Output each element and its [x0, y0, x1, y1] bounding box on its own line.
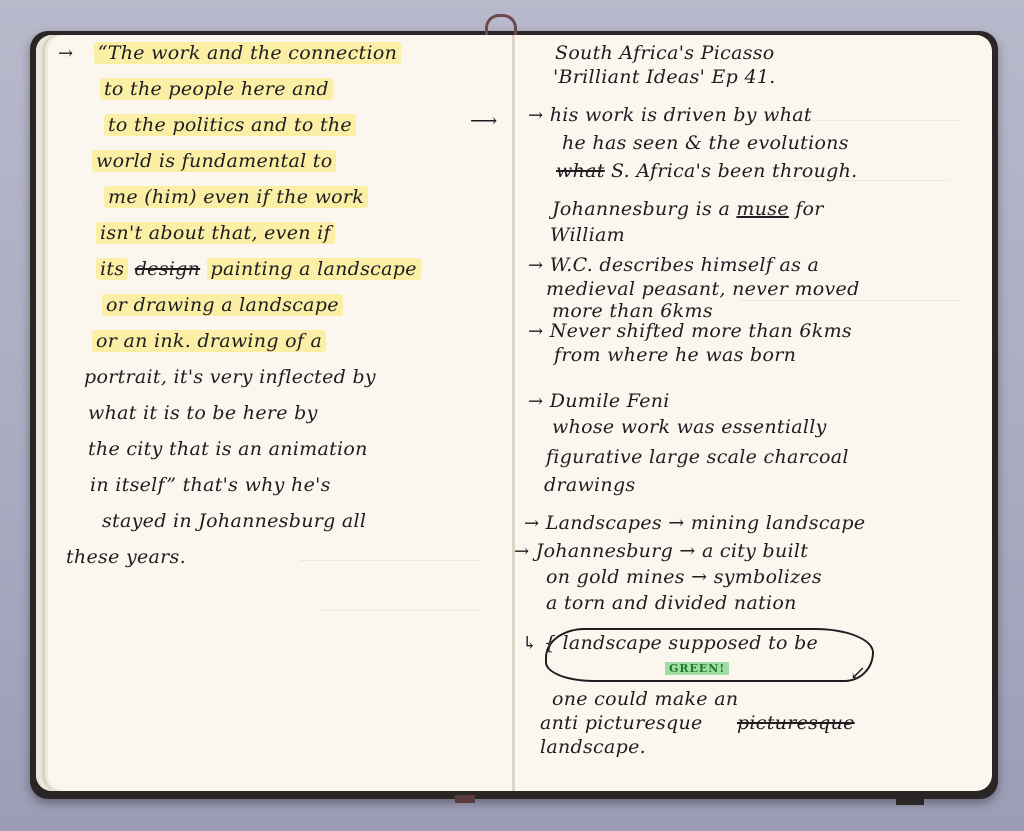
episode-subtitle: 'Brilliant Ideas' Ep 41. — [553, 66, 776, 88]
underlined-word: muse — [736, 198, 788, 220]
arrow-right-icon: → — [514, 541, 529, 562]
arrow-right-icon: → — [528, 391, 543, 412]
arrow-right-icon: → — [528, 321, 543, 342]
quote-line-10: portrait, it's very inflected by — [84, 366, 376, 388]
note-9-line-3: landscape. — [540, 736, 646, 758]
quote-line-4: world is fundamental to — [92, 150, 336, 172]
arrow-right-icon: → — [528, 255, 543, 276]
struck-word: what — [556, 160, 605, 182]
quote-line-8: or drawing a landscape — [102, 294, 343, 316]
elastic-band-end — [896, 796, 924, 805]
note-5-line-1: → Dumile Feni — [528, 390, 670, 412]
note-6-line-1: → Landscapes → mining landscape — [524, 512, 865, 534]
quote-line-12: the city that is an animation — [88, 438, 368, 460]
quote-line-5: me (him) even if the work — [104, 186, 368, 208]
note-3-line-1: → W.C. describes himself as a — [528, 254, 819, 276]
note-4-line-2: from where he was born — [554, 344, 796, 366]
note-5-line-2: whose work was essentially — [552, 416, 827, 438]
note-7-line-1: → Johannesburg → a city built — [514, 540, 808, 562]
struck-word: picturesque — [737, 712, 855, 734]
note-3-line-3: more than 6kms — [552, 300, 713, 322]
note-8-cloud: ↳ { landscape supposed to be — [522, 632, 818, 654]
connector-arrow-icon: ⟶ — [470, 110, 498, 132]
note-5-line-4: drawings — [544, 474, 635, 496]
arrow-right-icon: → — [524, 513, 539, 534]
note-7-line-2: on gold mines → symbolizes — [546, 566, 822, 588]
quote-line-2: to the people here and — [100, 78, 333, 100]
note-1-line-3: what S. Africa's been through. — [556, 160, 858, 182]
curved-arrow-icon: ↳ — [522, 633, 537, 654]
quote-line-9: or an ink. drawing of a — [92, 330, 326, 352]
quote-line-14: stayed in Johannesburg all — [102, 510, 366, 532]
note-1-line-1: → his work is driven by what — [528, 104, 812, 126]
ribbon-bookmark — [455, 795, 475, 803]
note-9-line-2: anti picturesque picturesque — [540, 712, 855, 734]
quote-line-11: what it is to be here by — [88, 402, 318, 424]
quote-line-15: these years. — [66, 546, 186, 568]
arrow-right-icon: → — [58, 43, 73, 64]
note-3-line-2: medieval peasant, never moved — [546, 278, 860, 300]
quote-line-6: isn't about that, even if — [96, 222, 335, 244]
note-2-line-1: Johannesburg is a muse for — [552, 198, 824, 220]
note-5-line-3: figurative large scale charcoal — [546, 446, 849, 468]
note-4-line-1: → Never shifted more than 6kms — [528, 320, 852, 342]
quote-line-13: in itself” that's why he's — [90, 474, 331, 496]
green-highlighted-word: GREEN! — [665, 655, 729, 677]
quote-line-3: to the politics and to the — [104, 114, 356, 136]
arrow-right-icon: → — [528, 105, 543, 126]
note-1-line-2: he has seen & the evolutions — [562, 132, 849, 154]
arrow-down-left-icon: ↙ — [850, 662, 866, 684]
episode-title: South Africa's Picasso — [555, 42, 775, 64]
quote-line-1: → “The work and the connection — [58, 42, 401, 64]
note-2-line-2: William — [550, 224, 625, 246]
note-7-line-3: a torn and divided nation — [546, 592, 797, 614]
struck-word: design — [135, 258, 200, 280]
quote-line-7: its design painting a landscape — [96, 258, 421, 280]
page-gutter — [512, 35, 515, 791]
note-9-line-1: one could make an — [552, 688, 738, 710]
